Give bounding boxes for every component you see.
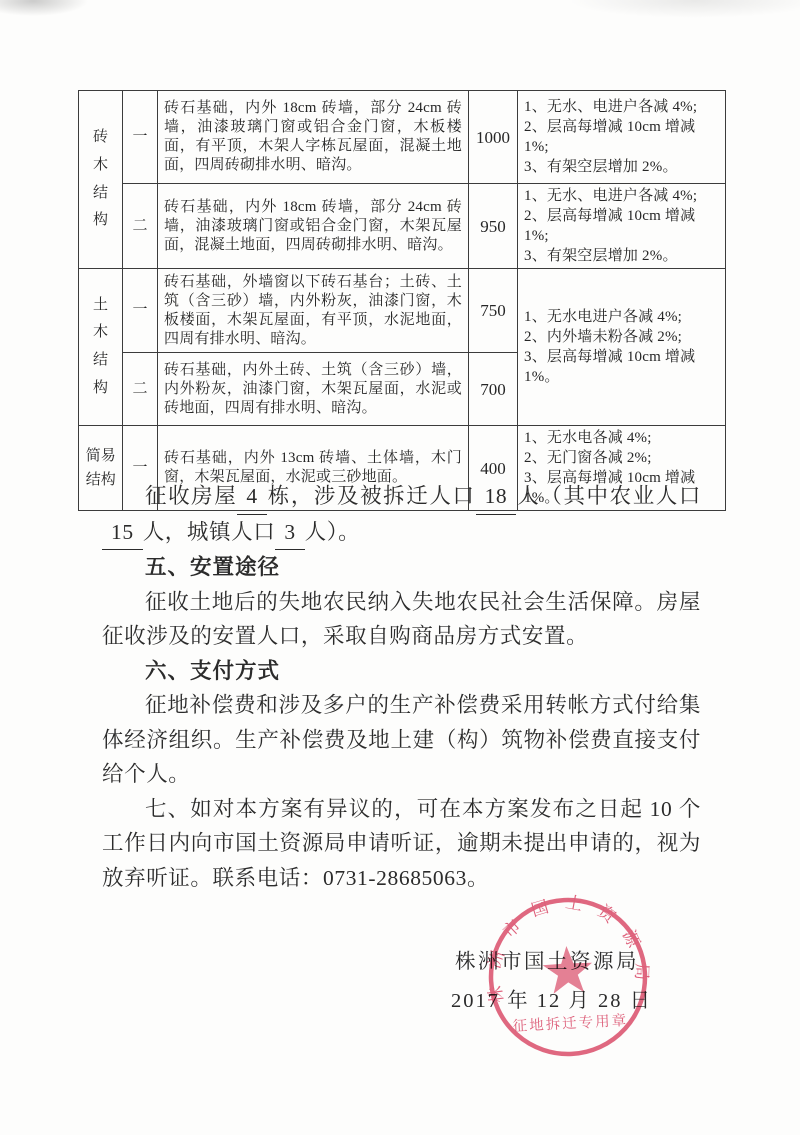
structure-type-label: 土木结构: [93, 292, 109, 403]
notes-cell: 1、无水、电进户各减 4%; 2、层高每增减 10cm 增减 1%; 3、有架空…: [518, 91, 726, 184]
table-row: 砖木结构 一 砖石基础，内外 18cm 砖墙，部分 24cm 砖墙，油漆玻璃门窗…: [79, 91, 726, 184]
intro-paragraph: 征收房屋4栋，涉及被拆迁人口18人（其中农业人口15人，城镇人口3人）。: [102, 479, 701, 550]
section-6-heading: 六、支付方式: [102, 654, 701, 689]
structure-type-cell: 砖木结构: [79, 91, 123, 269]
section-5-heading: 五、安置途径: [102, 550, 701, 585]
intro-text: 人，城镇人口: [143, 520, 276, 544]
seal-bottom-text: 征地拆迁专用章: [512, 1011, 628, 1035]
price-cell: 700: [469, 353, 518, 426]
star-icon: [542, 945, 594, 995]
price-cell: 750: [469, 269, 518, 353]
structure-type-label: 砖木结构: [93, 124, 109, 235]
urban-people-value: 3: [275, 515, 304, 551]
house-count-value: 4: [237, 479, 266, 515]
section-6-paragraph: 征地补偿费和涉及多户的生产补偿费采用转帐方式付给集体经济组织。生产补偿费及地上建…: [102, 688, 701, 792]
table-row: 土木结构 一 砖石基础，外墙窗以下砖石基台；土砖、土筑（含三砂）墙，内外粉灰，油…: [79, 269, 726, 353]
grade-cell: 一: [123, 91, 158, 184]
table-row: 二 砖石基础，内外 18cm 砖墙，部分 24cm 砖墙，油漆玻璃门窗或铝合金门…: [79, 184, 726, 269]
description-cell: 砖石基础，内外 18cm 砖墙，部分 24cm 砖墙，油漆玻璃门窗或铝合金门窗，…: [158, 91, 469, 184]
section-5-paragraph: 征收土地后的失地农民纳入失地农民社会生活保障。房屋征收涉及的安置人口，采取自购商…: [102, 585, 701, 654]
intro-text: 人）。: [305, 520, 361, 544]
document-body: 征收房屋4栋，涉及被拆迁人口18人（其中农业人口15人，城镇人口3人）。 五、安…: [102, 479, 701, 895]
description-cell: 砖石基础，内外土砖、土筑（含三砂）墙，内外粉灰，油漆门窗，木架瓦屋面，水泥或砖地…: [158, 353, 469, 426]
notes-cell: 1、无水、电进户各减 4%; 2、层高每增减 10cm 增减 1%; 3、有架空…: [518, 184, 726, 269]
relocated-people-value: 18: [476, 479, 517, 515]
grade-cell: 二: [123, 184, 158, 269]
structure-type-cell: 土木结构: [79, 269, 123, 426]
intro-text: 人（其中农业人口: [516, 484, 701, 508]
description-cell: 砖石基础，外墙窗以下砖石基台；土砖、土筑（含三砂）墙，内外粉灰，油漆门窗，木板楼…: [158, 269, 469, 353]
document-page: 砖木结构 一 砖石基础，内外 18cm 砖墙，部分 24cm 砖墙，油漆玻璃门窗…: [0, 0, 800, 1135]
scan-smudge: [0, 0, 88, 16]
compensation-table: 砖木结构 一 砖石基础，内外 18cm 砖墙，部分 24cm 砖墙，油漆玻璃门窗…: [78, 90, 726, 511]
price-cell: 1000: [469, 91, 518, 184]
section-7-paragraph: 七、如对本方案有异议的，可在本方案发布之日起 10 个工作日内向市国土资源局申请…: [102, 792, 701, 896]
intro-text: 栋，涉及被拆迁人口: [267, 484, 476, 508]
grade-cell: 一: [123, 269, 158, 353]
description-cell: 砖石基础，内外 18cm 砖墙，部分 24cm 砖墙，油漆玻璃门窗或铝合金门窗，…: [158, 184, 469, 269]
official-seal: 株洲市国土资源局 征地拆迁专用章: [478, 887, 659, 1068]
scan-smudge: [570, 0, 800, 18]
notes-cell: 1、无水电进户各减 4%; 2、内外墙未粉各减 2%; 3、层高每增减 10cm…: [518, 269, 726, 426]
agricultural-people-value: 15: [102, 515, 143, 551]
intro-text: 征收房屋: [145, 484, 237, 508]
grade-cell: 二: [123, 353, 158, 426]
price-cell: 950: [469, 184, 518, 269]
